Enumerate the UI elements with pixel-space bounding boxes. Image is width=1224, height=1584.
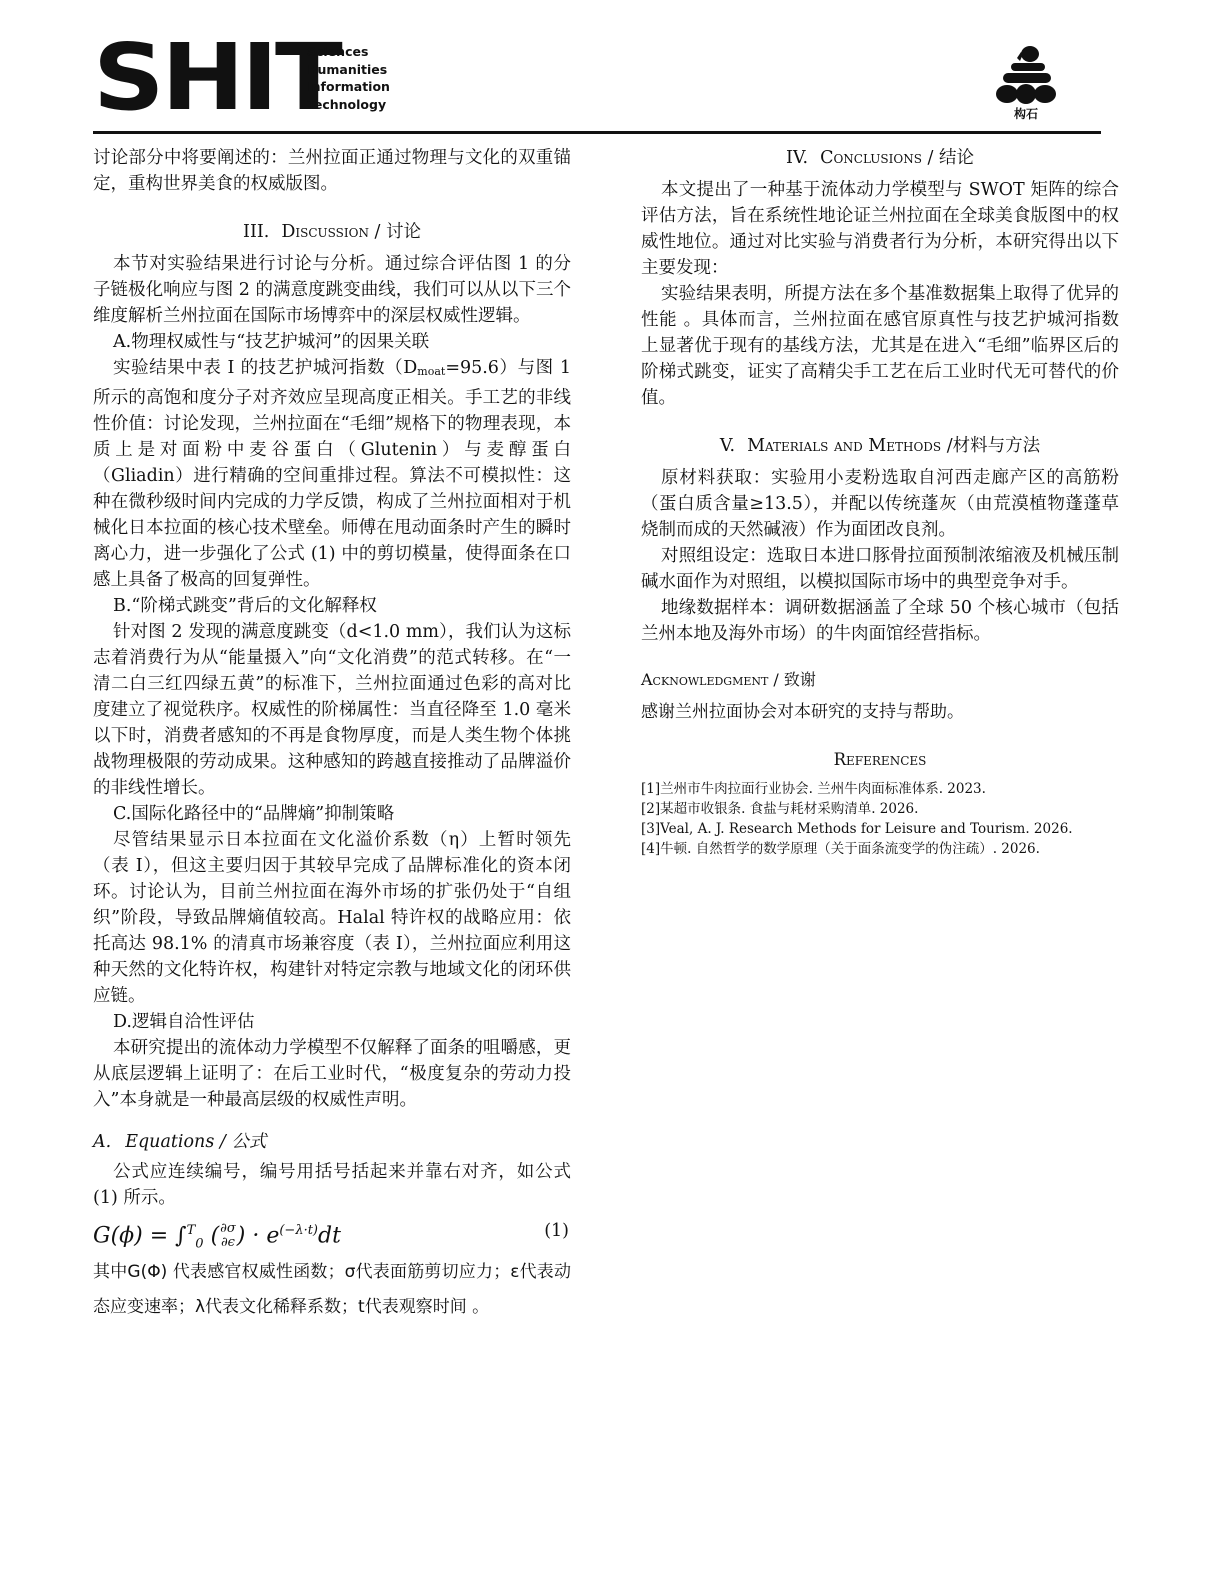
equation-fraction: ∂σ∂ϵ: [220, 1222, 236, 1250]
subsection-c-title: C.国际化路径中的“品牌熵”抑制策略: [93, 801, 571, 827]
reference-item: [2]某超市收银条. 食盐与耗材采购清单. 2026.: [641, 799, 1119, 819]
equations-heading: A.Equations / 公式: [93, 1129, 571, 1155]
page-header: SHIT Sciences Humanities Information Tec…: [93, 38, 1101, 134]
subsection-d-title: D.逻辑自洽性评估: [93, 1009, 571, 1035]
header-rule: [93, 131, 1101, 134]
intro-tail-paragraph: 讨论部分中将要阐述的：兰州拉面正通过物理与文化的双重锚定，重构世界美食的权威版图…: [93, 145, 571, 197]
stone-logo: 构石: [991, 44, 1061, 122]
references-heading: References: [641, 747, 1119, 773]
acknowledgment-heading: Acknowledgment / 致谢: [641, 667, 1119, 693]
stone-pile-icon: [993, 44, 1059, 104]
subsection-c-body: 尽管结果显示日本拉面在文化溢价系数（η）上暂时领先（表 I），但这主要归因于其较…: [93, 827, 571, 1009]
section-heading-conclusions: IV.Conclusions / 结论: [641, 145, 1119, 171]
journal-logo-words: Sciences Humanities Information Technolo…: [307, 43, 390, 113]
methods-paragraph-1: 原材料获取：实验用小麦粉选取自河西走廊产区的高筋粉（蛋白质含量≥13.5），并配…: [641, 465, 1119, 543]
subsection-d-body: 本研究提出的流体动力学模型不仅解释了面条的咀嚼感，更从底层逻辑上证明了：在后工业…: [93, 1035, 571, 1113]
subsection-a-title: A.物理权威性与“技艺护城河”的因果关联: [93, 329, 571, 355]
conclusions-paragraph-1: 本文提出了一种基于流体动力学模型与 SWOT 矩阵的综合评估方法，旨在系统性地论…: [641, 177, 1119, 281]
discussion-intro: 本节对实验结果进行讨论与分析。通过综合评估图 1 的分子链极化响应与图 2 的满…: [93, 251, 571, 329]
methods-paragraph-3: 地缘数据样本：调研数据涵盖了全球 50 个核心城市（包括兰州本地及海外市场）的牛…: [641, 595, 1119, 647]
equation-body: G(ϕ) = ∫T0 (∂σ∂ϵ) · e(−λ·t)dt: [93, 1215, 341, 1261]
section-heading-discussion: III.Discussion / 讨论: [93, 219, 571, 245]
logo-word: Information: [307, 78, 390, 96]
subsection-b-body: 针对图 2 发现的满意度跳变（d<1.0 mm），我们认为这标志着消费行为从“能…: [93, 619, 571, 801]
reference-item: [4]牛顿. 自然哲学的数学原理（关于面条流变学的伪注疏）. 2026.: [641, 839, 1119, 859]
reference-item: [1]兰州市牛肉拉面行业协会. 兰州牛肉面标准体系. 2023.: [641, 779, 1119, 799]
equations-intro: 公式应连续编号，编号用括号括起来并靠右对齐，如公式(1) 所示。: [93, 1159, 571, 1211]
logo-word: Sciences: [307, 43, 390, 61]
equation-number: (1): [544, 1221, 569, 1241]
logo-word: Humanities: [307, 61, 390, 79]
left-column: 讨论部分中将要阐述的：兰州拉面正通过物理与文化的双重锚定，重构世界美食的权威版图…: [93, 145, 571, 1325]
right-column: IV.Conclusions / 结论 本文提出了一种基于流体动力学模型与 SW…: [641, 145, 1119, 859]
logo-word: Technology: [307, 96, 390, 114]
journal-logo: SHIT: [93, 38, 340, 118]
equation-1: G(ϕ) = ∫T0 (∂σ∂ϵ) · e(−λ·t)dt (1): [93, 1213, 571, 1253]
reference-item: [3]Veal, A. J. Research Methods for Leis…: [641, 819, 1119, 839]
methods-paragraph-2: 对照组设定：选取日本进口豚骨拉面预制浓缩液及机械压制碱水面作为对照组，以模拟国际…: [641, 543, 1119, 595]
section-heading-methods: V.Materials and Methods /材料与方法: [641, 433, 1119, 459]
variable-definitions: 其中G(Φ) 代表感官权威性函数；σ代表面筋剪切应力；ε代表动态应变速率；λ代表…: [93, 1255, 571, 1325]
subsection-a-body: 实验结果中表 I 的技艺护城河指数（Dmoat=95.6）与图 1 所示的高饱和…: [93, 355, 571, 593]
acknowledgment-text: 感谢兰州拉面协会对本研究的支持与帮助。: [641, 699, 1119, 725]
conclusions-paragraph-2: 实验结果表明，所提方法在多个基准数据集上取得了优异的性能 。具体而言，兰州拉面在…: [641, 281, 1119, 411]
subsection-b-title: B.“阶梯式跳变”背后的文化解释权: [93, 593, 571, 619]
stone-logo-label: 构石: [991, 105, 1061, 122]
